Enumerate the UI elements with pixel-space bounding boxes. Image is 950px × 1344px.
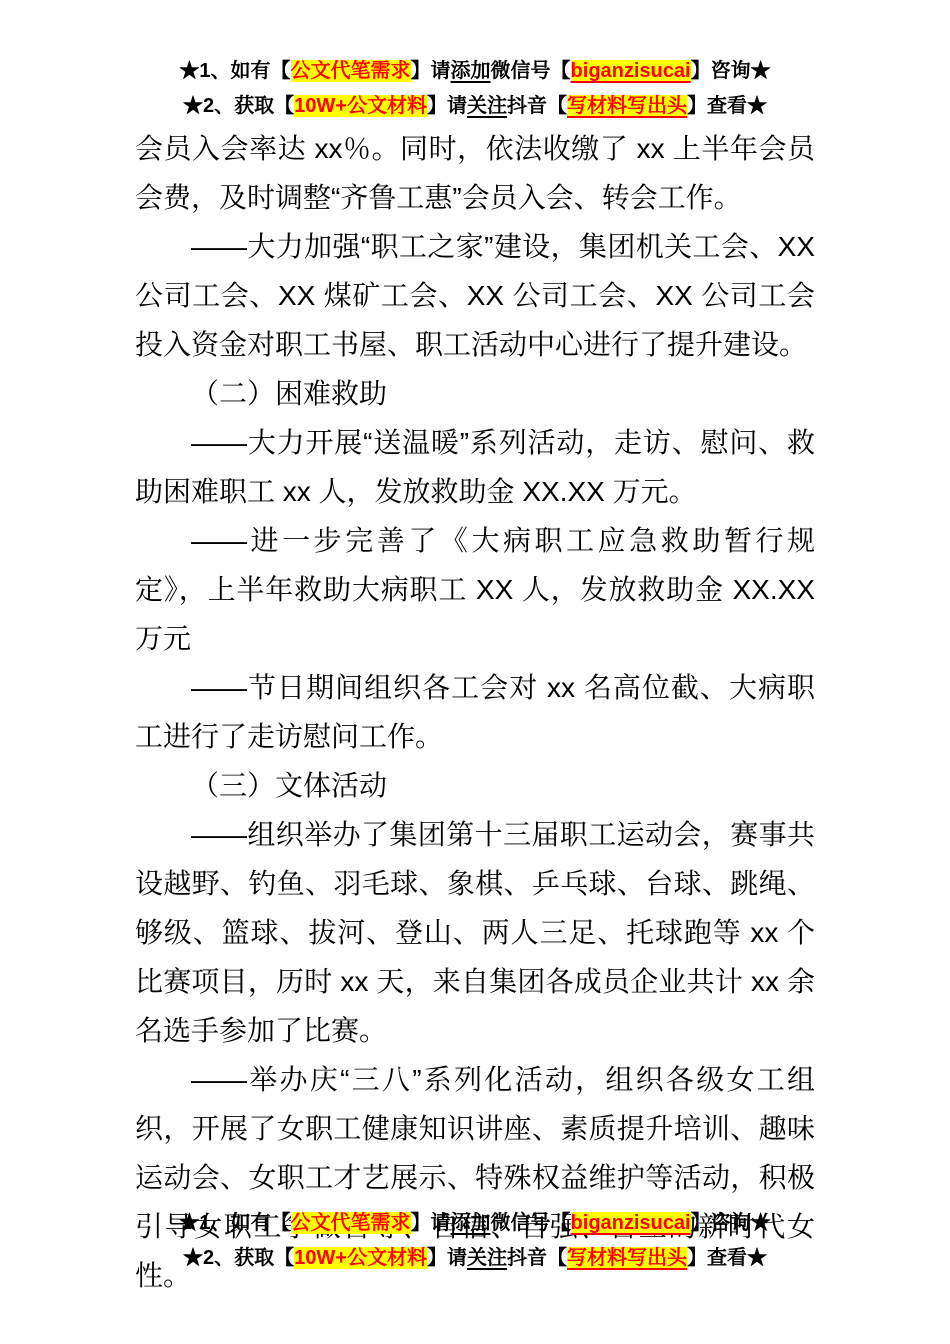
promo-text: 微信号【 xyxy=(491,60,571,82)
promo-text: 】请 xyxy=(411,1212,451,1234)
promo-text: 微信号【 xyxy=(491,1212,571,1234)
paragraph: ——大力加强“职工之家”建设，集团机关工会、XX 公司工会、XX 煤矿工会、XX… xyxy=(135,222,815,369)
document-body: 会员入会率达 xx％。同时，依法收缴了 xx 上半年会员会费，及时调整“齐鲁工惠… xyxy=(0,124,950,1300)
promo-highlight-text: 10W+公文材料 xyxy=(294,1247,427,1269)
promo-highlight-text: 10W+公文材料 xyxy=(294,95,427,117)
promo-text: 】请 xyxy=(427,95,467,117)
promo-text: 抖音【 xyxy=(507,95,567,117)
promo-text: 关注 xyxy=(467,1247,507,1269)
promo-text: 】查看★ xyxy=(687,95,767,117)
promo-footer: ★1、如有【公文代笔需求】请添加微信号【biganzisucai】咨询★★2、获… xyxy=(0,1206,950,1276)
promo-line: ★1、如有【公文代笔需求】请添加微信号【biganzisucai】咨询★ xyxy=(0,1206,950,1241)
promo-highlight-text: 公文代笔需求 xyxy=(291,60,411,82)
promo-text: 添加 xyxy=(451,1212,491,1234)
promo-highlight-text: biganzisucai xyxy=(571,60,691,82)
promo-header: ★1、如有【公文代笔需求】请添加微信号【biganzisucai】咨询★★2、获… xyxy=(0,0,950,124)
promo-highlight-text: 写材料写出头 xyxy=(567,95,687,117)
paragraph: ——节日期间组织各工会对 xx 名高位截、大病职工进行了走访慰问工作。 xyxy=(135,663,815,761)
document-page: ★1、如有【公文代笔需求】请添加微信号【biganzisucai】咨询★★2、获… xyxy=(0,0,950,1344)
promo-line: ★1、如有【公文代笔需求】请添加微信号【biganzisucai】咨询★ xyxy=(0,54,950,89)
paragraph: ——大力开展“送温暖”系列活动，走访、慰问、救助困难职工 xx 人，发放救助金 … xyxy=(135,418,815,516)
promo-text: 】查看★ xyxy=(687,1247,767,1269)
paragraph: ——进一步完善了《大病职工应急救助暂行规定》，上半年救助大病职工 XX 人，发放… xyxy=(135,516,815,663)
promo-text: 】咨询★ xyxy=(691,1212,771,1234)
promo-highlight-text: 写材料写出头 xyxy=(567,1247,687,1269)
promo-text: 】请 xyxy=(411,60,451,82)
promo-line: ★2、获取【10W+公文材料】请关注抖音【写材料写出头】查看★ xyxy=(0,89,950,124)
paragraph: 会员入会率达 xx％。同时，依法收缴了 xx 上半年会员会费，及时调整“齐鲁工惠… xyxy=(135,124,815,222)
promo-text: ★1、如有【 xyxy=(179,60,290,82)
promo-text: 】咨询★ xyxy=(691,60,771,82)
promo-text: 】请 xyxy=(427,1247,467,1269)
paragraph: ——组织举办了集团第十三届职工运动会，赛事共设越野、钓鱼、羽毛球、象棋、乒乓球、… xyxy=(135,810,815,1055)
paragraph: （二）困难救助 xyxy=(135,369,815,418)
promo-highlight-text: 公文代笔需求 xyxy=(291,1212,411,1234)
promo-line: ★2、获取【10W+公文材料】请关注抖音【写材料写出头】查看★ xyxy=(0,1241,950,1276)
promo-highlight-text: biganzisucai xyxy=(571,1212,691,1234)
promo-text: ★2、获取【 xyxy=(183,95,294,117)
paragraph: （三）文体活动 xyxy=(135,761,815,810)
promo-text: 抖音【 xyxy=(507,1247,567,1269)
promo-text: 添加 xyxy=(451,60,491,82)
promo-text: ★2、获取【 xyxy=(183,1247,294,1269)
promo-text: 关注 xyxy=(467,95,507,117)
promo-text: ★1、如有【 xyxy=(179,1212,290,1234)
